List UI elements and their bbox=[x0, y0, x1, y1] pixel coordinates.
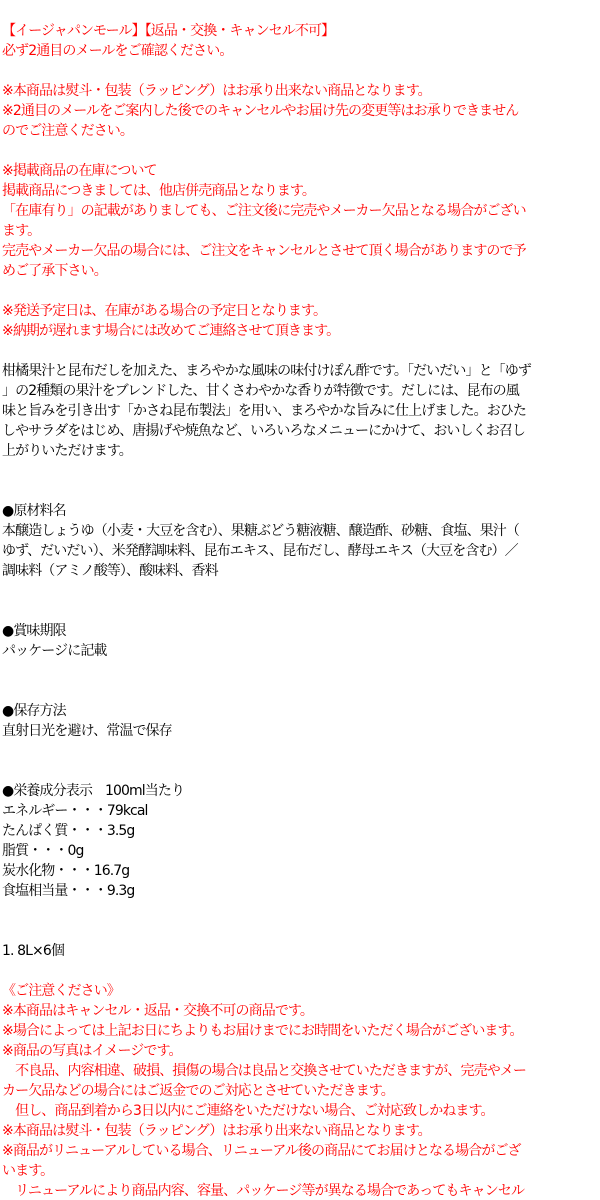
spacer bbox=[2, 901, 600, 941]
notice-header-line: 【イージャパンモール】【返品・交換・キャンセル不可】 bbox=[2, 21, 600, 41]
description-line: しやサラダをはじめ、唐揚げや焼魚など、いろいろなメニューにかけて、おいしくお召し bbox=[2, 421, 600, 441]
nutrition-separator: ・・・ bbox=[68, 883, 107, 899]
nutrition-item-carbohydrate: 炭水化物・・・16.7g bbox=[2, 861, 600, 881]
caution-section: 《ご注意ください》 ※本商品はキャンセル・返品・交換不可の商品です。 ※場合によ… bbox=[2, 981, 600, 1200]
nutrition-value: 3.5g bbox=[107, 823, 135, 839]
notice-shipping: ※発送予定日は、在庫がある場合の予定日となります。 ※納期が遅れます場合には改め… bbox=[2, 301, 600, 341]
spacer bbox=[2, 341, 600, 361]
caution-heading: 《ご注意ください》 bbox=[2, 981, 600, 1001]
spacer bbox=[2, 661, 600, 701]
spacer bbox=[2, 61, 600, 81]
spacer bbox=[2, 741, 600, 781]
notice-header: 【イージャパンモール】【返品・交換・キャンセル不可】 必ず2通目のメールをご確認… bbox=[2, 21, 600, 61]
nutrition-item-protein: たんぱく質・・・3.5g bbox=[2, 821, 600, 841]
spacer bbox=[2, 581, 600, 621]
nutrition-label: 炭水化物 bbox=[2, 863, 54, 879]
nutrition-item-salt: 食塩相当量・・・9.3g bbox=[2, 881, 600, 901]
best-before-section: ●賞味期限 パッケージに記載 bbox=[2, 621, 600, 661]
notice-wrapping-line: ※本商品は熨斗・包装（ラッピング）はお承り出来ない商品となります。 bbox=[2, 81, 600, 101]
nutrition-separator: ・・・ bbox=[28, 843, 67, 859]
notice-header-line: 必ず2通目のメールをご確認ください。 bbox=[2, 41, 600, 61]
notice-wrapping-line: ※2通目のメールをご案内した後でのキャンセルやお届け先の変更等はお承りできません bbox=[2, 101, 600, 121]
description-line: 味と旨みを引き出す「かさね昆布製法」を用い、まろやかな旨みに仕上げました。おひた bbox=[2, 401, 600, 421]
ingredients-line: 本醸造しょうゆ（小麦・大豆を含む）、果糖ぶどう糖液糖、醸造酢、砂糖、食塩、果汁（ bbox=[2, 521, 600, 541]
caution-line: ※本商品は熨斗・包装（ラッピング）はお承り出来ない商品となります。 bbox=[2, 1121, 600, 1141]
notice-shipping-line: ※発送予定日は、在庫がある場合の予定日となります。 bbox=[2, 301, 600, 321]
description-line: 柑橘果汁と昆布だしを加えた、まろやかな風味の味付けぽん酢です。「だいだい」と「ゆ… bbox=[2, 361, 600, 381]
storage-heading: ●保存方法 bbox=[2, 701, 600, 721]
storage-value: 直射日光を避け、常温で保存 bbox=[2, 721, 600, 741]
notice-stock: ※掲載商品の在庫について 掲載商品につきましては、他店併売商品となります。 「在… bbox=[2, 161, 600, 281]
spacer bbox=[2, 961, 600, 981]
best-before-heading: ●賞味期限 bbox=[2, 621, 600, 641]
nutrition-value: 9.3g bbox=[107, 883, 135, 899]
nutrition-separator: ・・・ bbox=[54, 863, 93, 879]
notice-stock-line: めご了承下さい。 bbox=[2, 261, 600, 281]
notice-stock-line: 「在庫有り」の記載がありましても、ご注文後に完売やメーカー欠品となる場合がござい bbox=[2, 201, 600, 221]
best-before-value: パッケージに記載 bbox=[2, 641, 600, 661]
caution-line: ※商品がリニューアルしている場合、リニューアル後の商品にてお届けとなる場合がござ bbox=[2, 1141, 600, 1161]
product-description-page: 【イージャパンモール】【返品・交換・キャンセル不可】 必ず2通目のメールをご確認… bbox=[0, 0, 600, 1200]
notice-wrapping-line: のでご注意ください。 bbox=[2, 121, 600, 141]
nutrition-label: エネルギー bbox=[2, 803, 68, 819]
nutrition-item-fat: 脂質・・・0g bbox=[2, 841, 600, 861]
ingredients-line: 調味料（アミノ酸等）、酸味料、香料 bbox=[2, 561, 600, 581]
description-line: 上がりいただけます。 bbox=[2, 441, 600, 461]
caution-line: います。 bbox=[2, 1161, 600, 1181]
notice-stock-line: 掲載商品につきましては、他店併売商品となります。 bbox=[2, 181, 600, 201]
nutrition-label: たんぱく質 bbox=[2, 823, 68, 839]
ingredients-line: ゆず、だいだい）、米発酵調味料、昆布エキス、昆布だし、酵母エキス（大豆を含む）／ bbox=[2, 541, 600, 561]
nutrition-label: 脂質 bbox=[2, 843, 28, 859]
nutrition-separator: ・・・ bbox=[68, 823, 107, 839]
package-section: 1. 8L×6個 bbox=[2, 941, 600, 961]
nutrition-value: 79kcal bbox=[107, 803, 148, 819]
caution-line: ※本商品はキャンセル・返品・交換不可の商品です。 bbox=[2, 1001, 600, 1021]
notice-stock-line: ます。 bbox=[2, 221, 600, 241]
nutrition-value: 0g bbox=[68, 843, 84, 859]
notice-stock-line: 完売やメーカー欠品の場合には、ご注文をキャンセルとさせて頂く場合がありますので予 bbox=[2, 241, 600, 261]
caution-line: 不良品、内容相違、破損、損傷の場合は良品と交換させていただきますが、完売やメー bbox=[2, 1061, 600, 1081]
notice-shipping-line: ※納期が遅れます場合には改めてご連絡させて頂きます。 bbox=[2, 321, 600, 341]
caution-line: ※商品の写真はイメージです。 bbox=[2, 1041, 600, 1061]
nutrition-value: 16.7g bbox=[94, 863, 130, 879]
caution-line: リニューアルにより商品内容、容量、パッケージ等が異なる場合であってもキャンセル bbox=[2, 1181, 600, 1200]
nutrition-item-energy: エネルギー・・・79kcal bbox=[2, 801, 600, 821]
spacer bbox=[2, 281, 600, 301]
product-description: 柑橘果汁と昆布だしを加えた、まろやかな風味の味付けぽん酢です。「だいだい」と「ゆ… bbox=[2, 361, 600, 461]
spacer bbox=[2, 141, 600, 161]
caution-line: ※場合によっては上記お日にちよりもお届けまでにお時間をいただく場合がございます。 bbox=[2, 1021, 600, 1041]
notice-stock-line: ※掲載商品の在庫について bbox=[2, 161, 600, 181]
nutrition-separator: ・・・ bbox=[68, 803, 107, 819]
package-size: 1. 8L×6個 bbox=[2, 941, 600, 961]
caution-line: カー欠品などの場合にはご返金でのご対応とさせていただきます。 bbox=[2, 1081, 600, 1101]
storage-section: ●保存方法 直射日光を避け、常温で保存 bbox=[2, 701, 600, 741]
description-line: 」の2種類の果汁をブレンドした、甘くさわやかな香りが特徴です。だしには、昆布の風 bbox=[2, 381, 600, 401]
notice-wrapping: ※本商品は熨斗・包装（ラッピング）はお承り出来ない商品となります。 ※2通目のメ… bbox=[2, 81, 600, 141]
spacer bbox=[2, 461, 600, 501]
ingredients-heading: ●原材料名 bbox=[2, 501, 600, 521]
caution-line: 但し、商品到着から3日以内にご連絡をいただけない場合、ご対応致しかねます。 bbox=[2, 1101, 600, 1121]
nutrition-section: ●栄養成分表示 100ml当たり エネルギー・・・79kcal たんぱく質・・・… bbox=[2, 781, 600, 901]
nutrition-label: 食塩相当量 bbox=[2, 883, 68, 899]
ingredients-section: ●原材料名 本醸造しょうゆ（小麦・大豆を含む）、果糖ぶどう糖液糖、醸造酢、砂糖、… bbox=[2, 501, 600, 581]
nutrition-heading: ●栄養成分表示 100ml当たり bbox=[2, 781, 600, 801]
